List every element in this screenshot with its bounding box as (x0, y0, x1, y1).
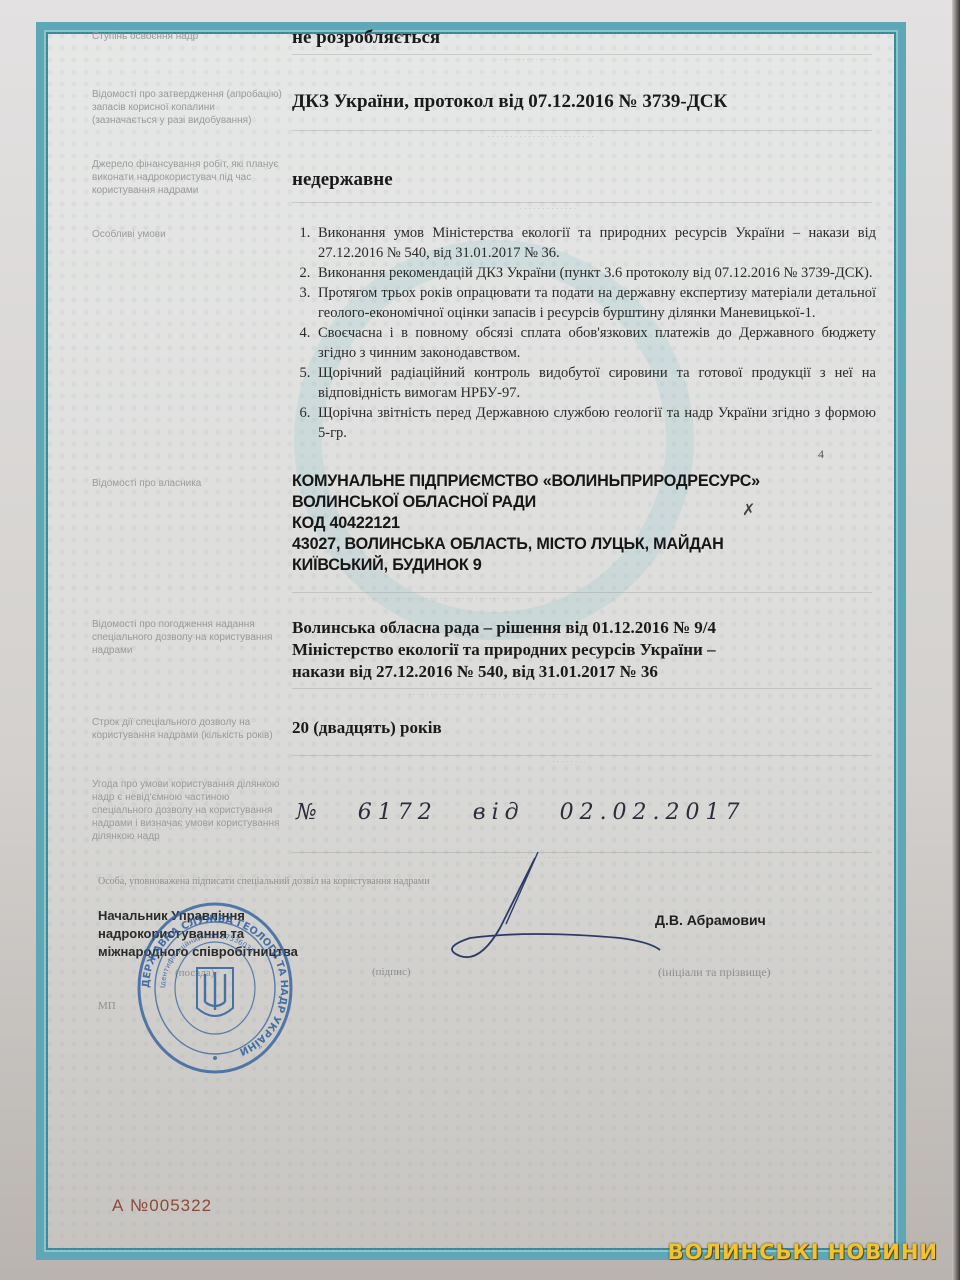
owner-line: ВОЛИНСЬКОЇ ОБЛАСНОЇ РАДИ (292, 491, 853, 512)
owner-info-block: КОМУНАЛЬНЕ ПІДПРИЄМСТВО «ВОЛИНЬПРИРОДРЕС… (292, 470, 882, 575)
owner-line: КОМУНАЛЬНЕ ПІДПРИЄМСТВО «ВОЛИНЬПРИРОДРЕС… (292, 470, 853, 491)
underline (292, 202, 872, 203)
label-usage-agreement: Угода про умови користування ділянкою на… (92, 778, 282, 843)
owner-line: 43027, ВОЛИНСЬКА ОБЛАСТЬ, МІСТО ЛУЦЬК, М… (292, 533, 853, 554)
news-watermark-logo: ВОЛИНСЬКІ НОВИНИ (668, 1240, 938, 1264)
condition-item: Виконання умов Міністерства екології та … (314, 223, 876, 263)
value-validity-term: 20 (двадцять) років (292, 717, 882, 739)
value-funding-source: недержавне (292, 169, 882, 191)
seal-label: МП (98, 1000, 116, 1012)
document-sheet: Ступінь освоєння надр не розробляється ·… (0, 0, 952, 1280)
condition-item: Виконання рекомендацій ДКЗ України (пунк… (314, 263, 876, 283)
field-caption: · · · · · · · · · · · · · · · · · · · · … (488, 133, 594, 141)
condition-item: Своєчасна і в повному обсязі сплата обов… (314, 323, 876, 363)
label-funding-source: Джерело фінансування робіт, які планує в… (92, 158, 282, 197)
label-development-stage: Ступінь освоєння надр (92, 30, 282, 43)
value-reserves-approval: ДКЗ України, протокол від 07.12.2016 № 3… (292, 91, 882, 113)
value-development-stage: не розробляється (292, 27, 882, 49)
agreement-line: Волинська обласна рада – рішення від 01.… (292, 617, 882, 639)
underline (292, 592, 872, 593)
underline (292, 130, 872, 131)
field-caption: · · · · · · · · · · · · · · · · · · · · … (318, 595, 532, 603)
underline (292, 755, 872, 756)
agreement-line: Міністерство екології та природних ресур… (292, 639, 882, 661)
underline (292, 54, 872, 55)
serial-number: А №005322 (112, 1196, 212, 1216)
handwritten-agreement-number: № 6172 від 02.02.2017 (296, 800, 746, 825)
owner-line: КИЇВСЬКИЙ, БУДИНОК 9 (292, 554, 853, 575)
label-special-conditions: Особливі умови (92, 228, 282, 241)
label-validity-term: Строк дії спеціального дозволу на корист… (92, 716, 282, 742)
field-caption: · · · · · · · · · (548, 758, 586, 766)
handwritten-signature (360, 838, 680, 978)
pen-mark: ✗ (742, 500, 755, 520)
permit-agreement-block: Волинська обласна рада – рішення від 01.… (292, 617, 882, 683)
special-conditions-list: Виконання умов Міністерства екології та … (292, 223, 876, 443)
field-caption: · · · · · · · · · · · · · · · · · · · · … (404, 691, 568, 699)
official-stamp: ДЕРЖАВНА СЛУЖБА ГЕОЛОГІЇ ТА НАДР УКРАЇНИ… (135, 898, 295, 1078)
underline (292, 688, 872, 689)
condition-item: Щорічний радіаційний контроль видобутої … (314, 363, 876, 403)
photo-background-edge (952, 0, 960, 1280)
field-caption: · · · · · · · · · · · · · (520, 205, 576, 213)
label-permit-agreement: Відомості про погодження надання спеціал… (92, 618, 282, 657)
condition-item: Протягом трьох років опрацювати та подат… (314, 283, 876, 323)
label-reserves-approval: Відомості про затвердження (апробацію) з… (92, 88, 282, 127)
condition-item: Щорічна звітність перед Державною службо… (314, 403, 876, 443)
label-owner-info: Відомості про власника (92, 477, 282, 490)
page-mark: 4 (818, 447, 824, 462)
agreement-line: накази від 27.12.2016 № 540, від 31.01.2… (292, 661, 882, 683)
owner-line: КОД 40422121 (292, 512, 853, 533)
field-caption: · · · · · · · · · · · · · · · (500, 56, 565, 64)
